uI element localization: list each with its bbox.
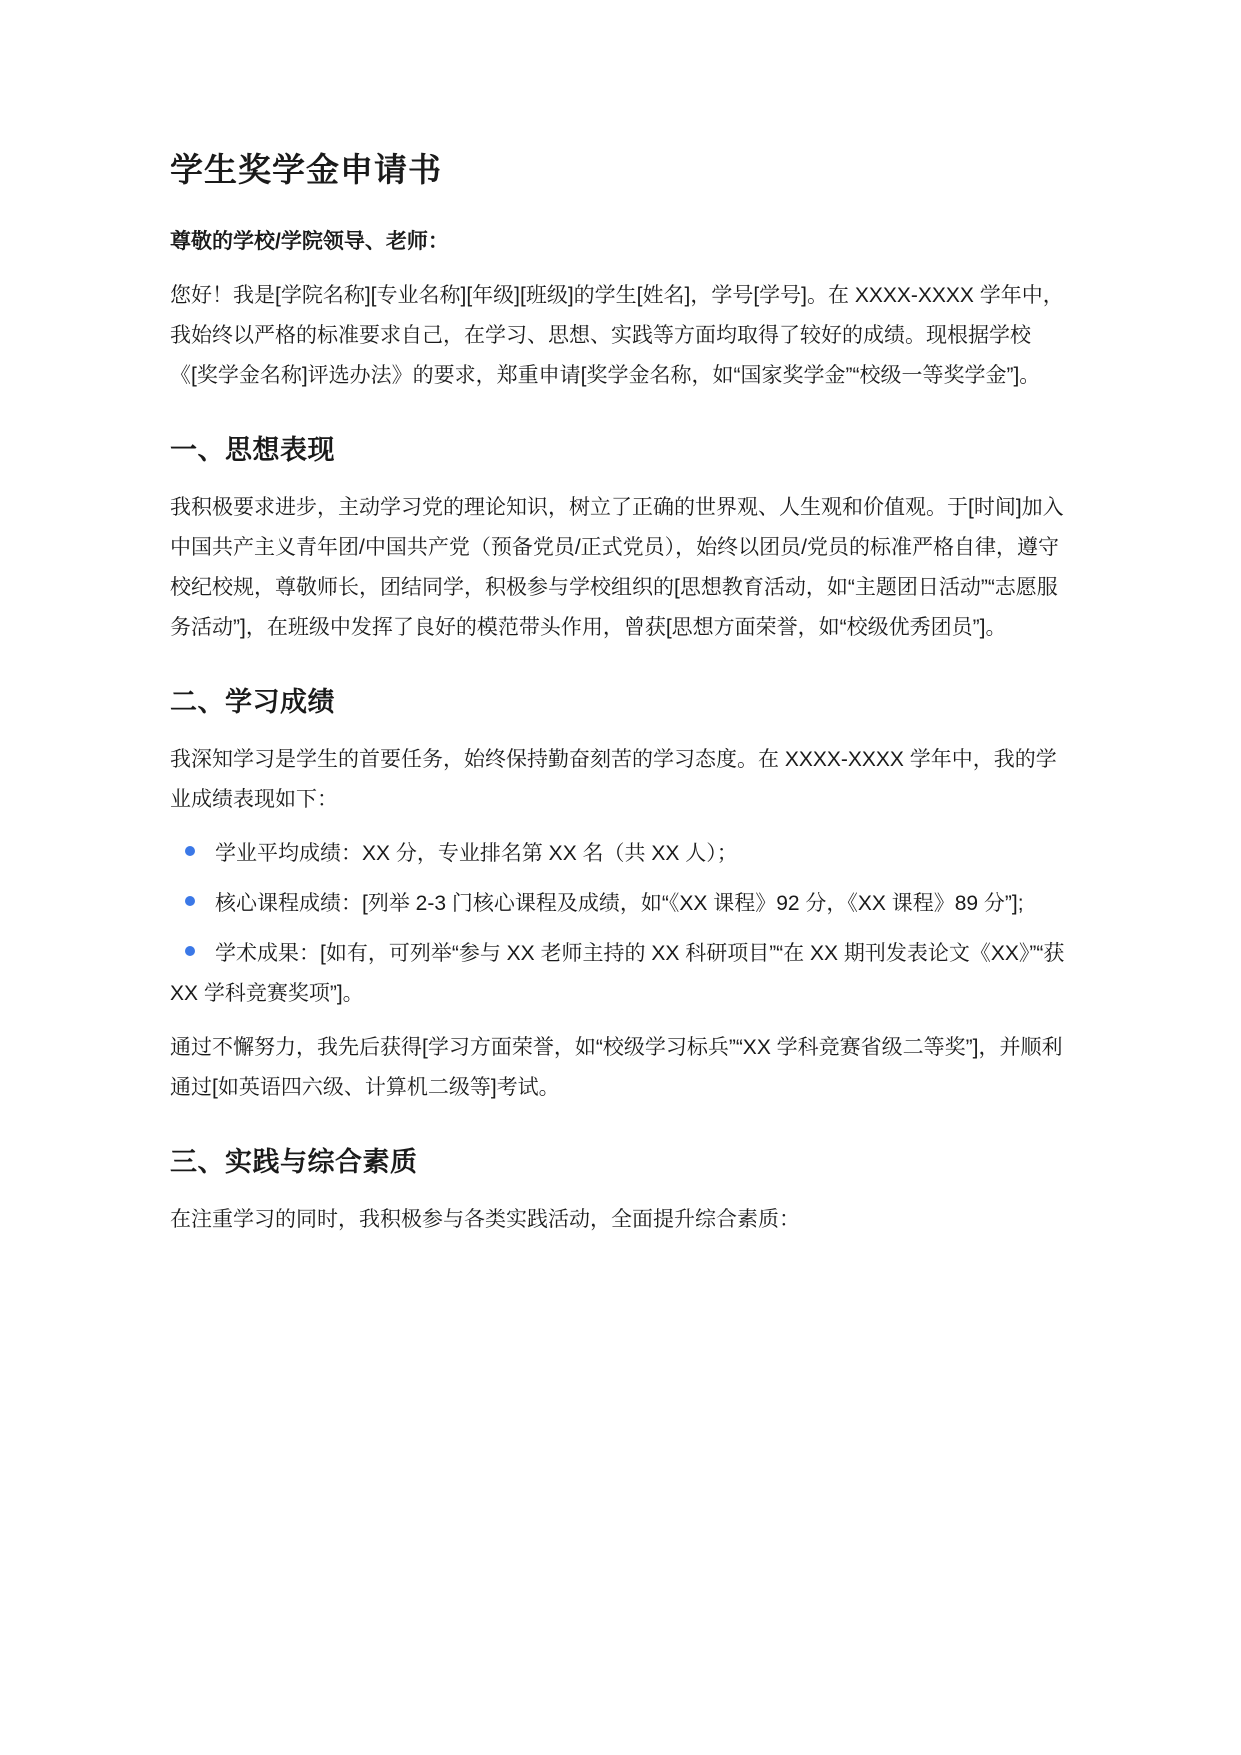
list-item-text: 学业平均成绩：XX 分，专业排名第 XX 名（共 XX 人）； (215, 842, 738, 865)
section-heading-thought: 一、思想表现 (170, 432, 1071, 468)
grades-list: 学业平均成绩：XX 分，专业排名第 XX 名（共 XX 人）； 核心课程成绩：[… (170, 834, 1071, 1014)
section-heading-study: 二、学习成绩 (170, 684, 1071, 720)
list-item: 学术成果：[如有，可列举“参与 XX 老师主持的 XX 科研项目”“在 XX 期… (170, 934, 1071, 1014)
section-thought-paragraph: 我积极要求进步，主动学习党的理论知识，树立了正确的世界观、人生观和价值观。于[时… (170, 488, 1071, 648)
section-study-outro: 通过不懈努力，我先后获得[学习方面荣誉，如“校级学习标兵”“XX 学科竞赛省级二… (170, 1028, 1071, 1108)
list-item: 学业平均成绩：XX 分，专业排名第 XX 名（共 XX 人）； (170, 834, 1071, 874)
list-item-text: 学术成果：[如有，可列举“参与 XX 老师主持的 XX 科研项目”“在 XX 期… (170, 942, 1064, 1005)
list-item-text: 核心课程成绩：[列举 2-3 门核心课程及成绩，如“《XX 课程》92 分，《X… (215, 892, 1024, 915)
section-study-intro: 我深知学习是学生的首要任务，始终保持勤奋刻苦的学习态度。在 XXXX-XXXX … (170, 740, 1071, 820)
document-page: 学生奖学金申请书 尊敬的学校/学院领导、老师： 您好！我是[学院名称][专业名称… (0, 0, 1241, 1755)
list-item: 核心课程成绩：[列举 2-3 门核心课程及成绩，如“《XX 课程》92 分，《X… (170, 884, 1071, 924)
section-heading-practice: 三、实践与综合素质 (170, 1144, 1071, 1180)
intro-paragraph: 您好！我是[学院名称][专业名称][年级][班级]的学生[姓名]，学号[学号]。… (170, 276, 1071, 396)
document-title: 学生奖学金申请书 (170, 148, 1071, 192)
bullet-icon (185, 846, 195, 856)
salutation: 尊敬的学校/学院领导、老师： (170, 222, 1071, 262)
section-practice-paragraph: 在注重学习的同时，我积极参与各类实践活动，全面提升综合素质： (170, 1200, 1071, 1240)
bullet-icon (185, 896, 195, 906)
bullet-icon (185, 946, 195, 956)
